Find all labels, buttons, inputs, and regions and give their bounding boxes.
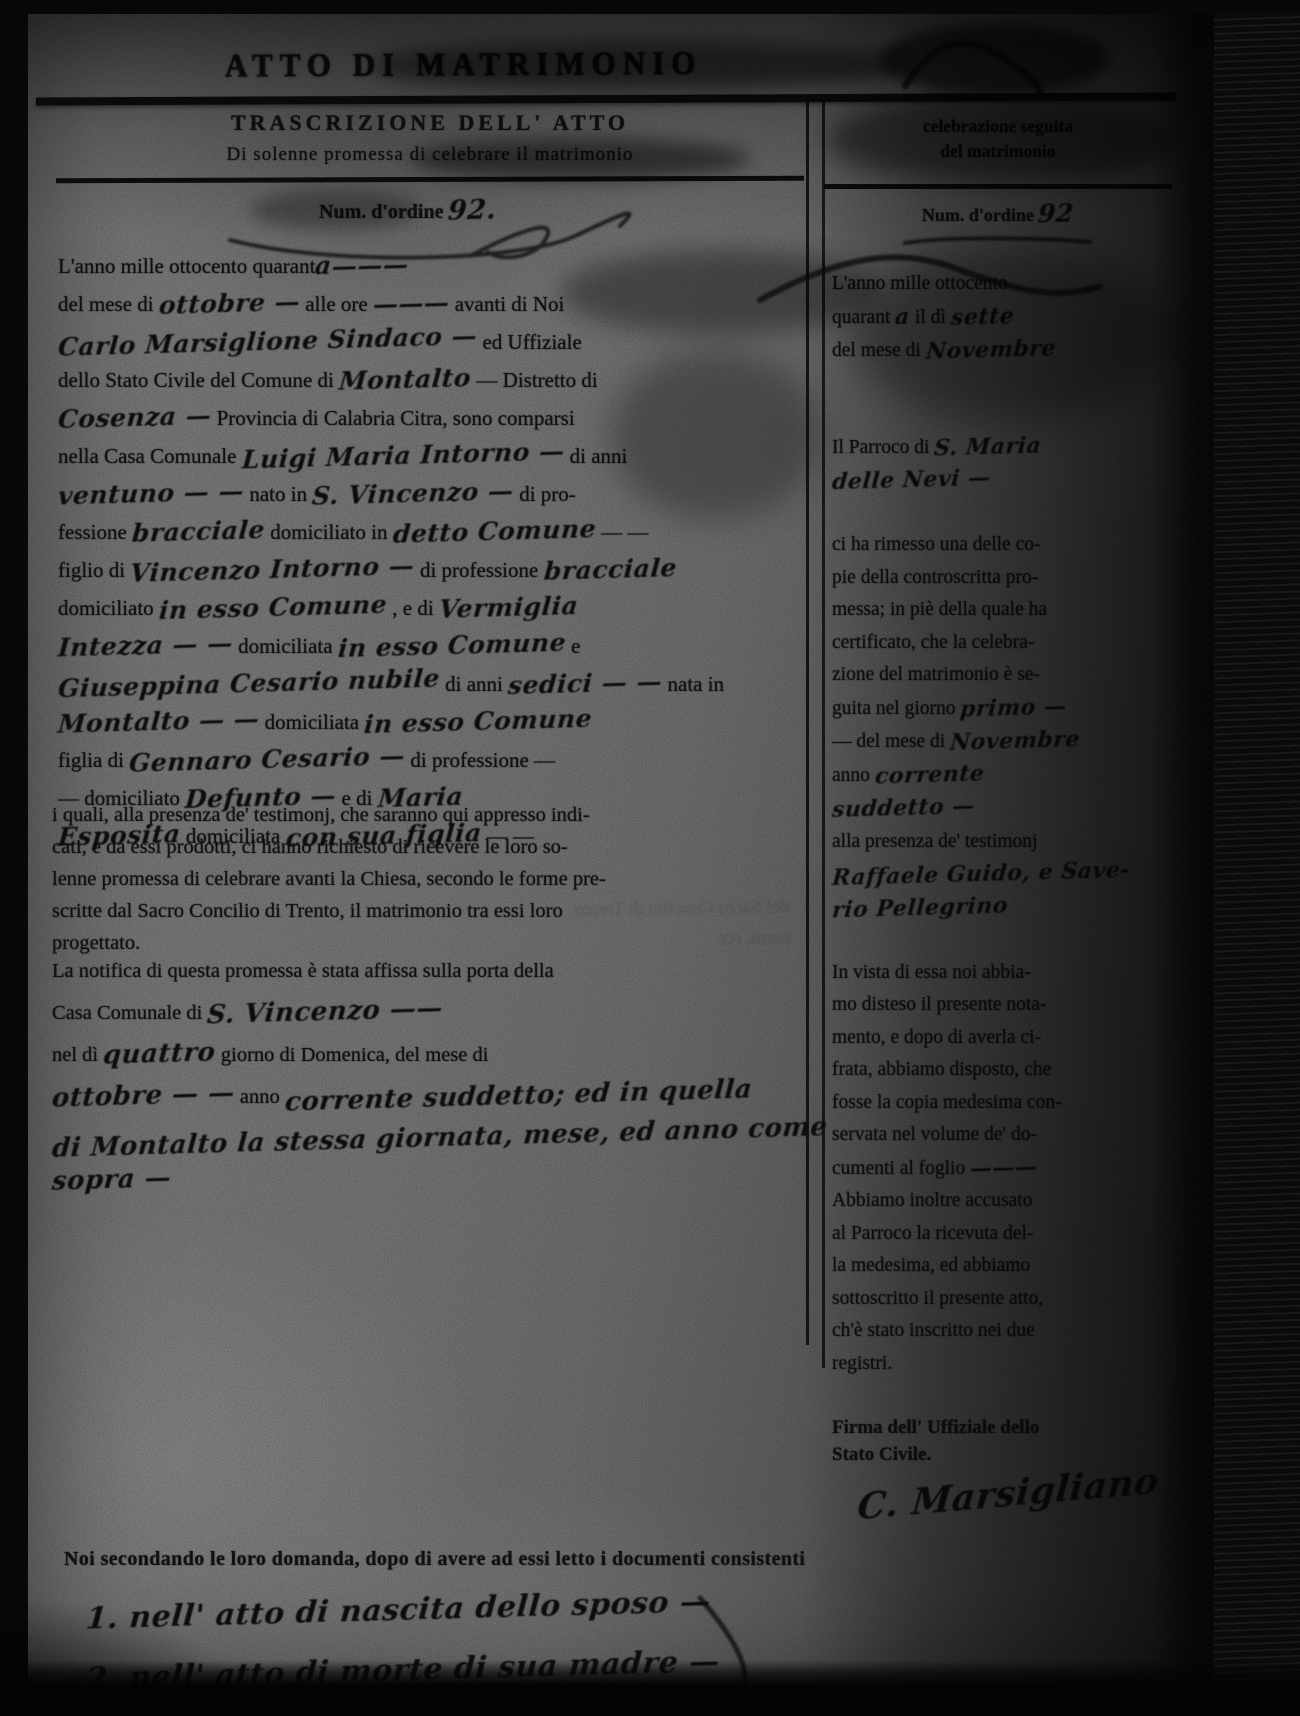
handwritten-text: Intezza — — — [57, 627, 234, 666]
document-line: alla presenza de' testimonj — [832, 826, 1170, 859]
right-order-number: Num. d'ordine 92 — [826, 198, 1170, 227]
document-line: Raffaele Guido, e Save- — [832, 858, 1170, 892]
printed-text: di anni — [564, 444, 627, 468]
handwritten-text: Carlo Marsiglione Sindaco — — [57, 319, 479, 365]
printed-text: In vista di essa noi abbia- — [832, 962, 1031, 983]
handwritten-text: sette — [950, 301, 1016, 334]
document-line: frata, abbiamo disposto, che — [832, 1054, 1170, 1087]
document-line: del mese di Novembre — [832, 334, 1170, 368]
printed-text: cati, e da essi prodotti, ci hanno richi… — [52, 836, 568, 858]
handwritten-text: Cosenza — — [57, 399, 213, 437]
ink-bleedthrough-text: del Sacro Concilio di Trento.nomi, ecc. — [329, 892, 790, 962]
document-line: L'anno mille ottocento — [832, 268, 1170, 301]
handwritten-text: Luigi Maria Intorno — — [240, 434, 565, 477]
firma-line1: Firma dell' Uffiziale dello — [832, 1414, 1170, 1441]
handwritten-text: ventuno — — — [57, 474, 246, 513]
document-line: cati, e da essi prodotti, ci hanno richi… — [52, 832, 808, 864]
printed-text: figlio di — [58, 558, 130, 582]
printed-text: la medesima, ed abbiamo — [832, 1255, 1030, 1276]
printed-text: domiciliata — [233, 634, 338, 658]
printed-text: mo disteso il presente nota- — [832, 994, 1046, 1015]
printed-text: cumenti al foglio — [832, 1158, 970, 1179]
printed-text: del mese di — [58, 292, 159, 316]
document-line: suddetto — — [832, 792, 1170, 826]
document-line: Giuseppina Cesario nubile di anni sedici… — [58, 666, 808, 704]
left-order-number: Num. d'ordine 92. — [58, 194, 758, 225]
printed-text: Il Parroco di — [832, 437, 934, 458]
printed-text: il dì — [910, 307, 951, 328]
right-column-title: celebrazione seguita del matrimonio — [826, 114, 1170, 164]
handwritten-text: Montalto — [338, 361, 473, 399]
document-line: anno corrente — [832, 759, 1170, 793]
scan-edge-left — [0, 0, 28, 1716]
printed-text: anno — [832, 765, 875, 786]
printed-text: al Parroco la ricevuta del- — [832, 1223, 1033, 1244]
document-line: ventuno — — nato in S. Vincenzo — di pro… — [58, 476, 808, 514]
document-line: messa; in piè della quale ha — [832, 594, 1170, 627]
document-line: del mese di ottobre — alle ore ——— avant… — [58, 286, 808, 324]
order-number-value: 92 — [1037, 198, 1075, 228]
official-signature: C. Marsigliano — [836, 1472, 1180, 1514]
document-line: registri. — [832, 1348, 1170, 1381]
handwritten-text: delle Nevi — — [831, 463, 992, 499]
promise-act-body: L'anno mille ottocento quaranta ———del m… — [58, 248, 808, 856]
right-title-line2: del matrimonio — [826, 139, 1170, 164]
document-line: quarant a il dì sette — [832, 301, 1170, 335]
handwritten-text: primo — — [959, 691, 1068, 726]
printed-text: e — [566, 634, 581, 658]
printed-text: frata, abbiamo disposto, che — [832, 1059, 1051, 1080]
document-line: nel dì quattro giorno di Domenica, del m… — [52, 1034, 808, 1076]
document-line — [832, 498, 1170, 530]
document-line: ch'è stato inscritto nei due — [832, 1315, 1170, 1348]
documents-read-line: Noi secondando le loro domanda, dopo di … — [64, 1548, 1179, 1571]
document-line: mento, e dopo di averla ci- — [832, 1022, 1170, 1055]
printed-text: giorno di Domenica, del mese di — [216, 1044, 489, 1066]
document-line: Il Parroco di S. Maria — [832, 431, 1170, 465]
document-line: sottoscritto il presente atto, — [832, 1283, 1170, 1316]
handwritten-text: quattro — [102, 1033, 217, 1074]
document-line: rio Pellegrino — [832, 892, 1170, 926]
printed-text: guita nel giorno — [832, 698, 960, 719]
left-column-subtitle: Di solenne promessa di celebrare il matr… — [58, 144, 802, 166]
printed-text: nata in — [662, 672, 724, 696]
printed-text: del Sacro Concilio di Trento. — [569, 896, 789, 921]
official-signature-caption: Firma dell' Uffiziale dello Stato Civile… — [832, 1414, 1170, 1468]
printed-text: alla presenza de' testimonj — [832, 831, 1037, 852]
document-line: Abbiamo inoltre accusato — [832, 1185, 1170, 1218]
scan-edge-bottom — [0, 1660, 1300, 1716]
handwritten-text: ——— — [372, 286, 451, 322]
handwritten-text: in esso Comune — [337, 626, 568, 666]
handwritten-text: Giuseppina Cesario nubile — [57, 662, 441, 707]
document-line: mo disteso il presente nota- — [832, 989, 1170, 1022]
printed-text: domiciliato — [58, 596, 159, 620]
handwritten-text: Gennaro Cesario — — [128, 739, 406, 781]
handwritten-text: suddetto — — [831, 791, 976, 827]
document-line: figlio di Vincenzo Intorno — di professi… — [58, 552, 808, 590]
handwritten-text: ottobre — — [158, 285, 302, 323]
document-line: cumenti al foglio ——— — [832, 1152, 1170, 1186]
column-divider-line-2 — [822, 100, 825, 1368]
printed-text: dello Stato Civile del Comune di — [58, 368, 339, 392]
printed-text: del mese di — [832, 340, 926, 361]
handwritten-text: Novembre — [924, 333, 1056, 368]
printed-text: figlia di — [58, 748, 129, 772]
document-line: Carlo Marsiglione Sindaco — ed Uffiziale — [58, 324, 808, 362]
printed-text: L'anno mille ottocento quarant — [58, 254, 315, 278]
printed-text: sottoscritto il presente atto, — [832, 1288, 1043, 1309]
document-line: — del mese di Novembre — [832, 725, 1170, 759]
document-line: delle Nevi — — [832, 464, 1170, 498]
notification-paragraph: La notifica di questa promessa è stata a… — [52, 952, 808, 1202]
document-line: Intezza — — domiciliata in esso Comune e — [58, 628, 808, 666]
printed-text: zione del matrimonio è se- — [832, 664, 1040, 685]
document-line: L'anno mille ottocento quaranta ——— — [58, 248, 808, 286]
order-number-label: Num. d'ordine — [319, 201, 443, 223]
printed-text: avanti di Noi — [449, 292, 564, 316]
document-line: pie della controscritta pro- — [832, 562, 1170, 595]
handwritten-text: sedici — — — [507, 665, 664, 703]
document-line: al Parroco la ricevuta del- — [832, 1218, 1170, 1251]
left-column-title: TRASCRIZIONE DELL' ATTO — [58, 110, 802, 136]
handwritten-text: S. Vincenzo — — [311, 474, 515, 514]
right-title-line1: celebrazione seguita — [826, 114, 1170, 139]
printed-text: alle ore — [300, 292, 373, 316]
horizontal-rule-right-header — [824, 184, 1172, 189]
document-line: la medesima, ed abbiamo — [832, 1250, 1170, 1283]
document-line: figlia di Gennaro Cesario — di professio… — [58, 742, 808, 780]
printed-text: L'anno mille ottocento — [832, 273, 1008, 294]
order-number-label: Num. d'ordine — [922, 205, 1034, 225]
printed-text: — Distretto di — [471, 368, 598, 392]
printed-text: nel dì — [52, 1044, 103, 1066]
document-line — [832, 368, 1170, 400]
printed-text: anno — [235, 1086, 285, 1108]
printed-text: pie della controscritta pro- — [832, 567, 1038, 588]
printed-text: di pro- — [514, 482, 576, 506]
handwritten-text: Vermiglia — [438, 589, 580, 627]
printed-text: , e di — [387, 596, 439, 620]
printed-text: La notifica di questa promessa è stata a… — [52, 960, 554, 982]
handwritten-text: in esso Comune — [158, 588, 389, 628]
printed-text: domiciliato in — [265, 520, 393, 544]
printed-text: — del mese di — [832, 731, 950, 752]
printed-text: ci ha rimesso una delle co- — [832, 534, 1040, 555]
document-line: lenne promessa di celebrare avanti la Ch… — [52, 864, 808, 896]
document-line: domiciliato in esso Comune , e di Vermig… — [58, 590, 808, 628]
handwritten-text: corrente — [874, 758, 986, 793]
document-line: fosse la copia medesima con- — [832, 1087, 1170, 1120]
document-line — [832, 925, 1170, 957]
printed-text: Casa Comunale di — [52, 1002, 207, 1024]
printed-text: progettato. — [52, 932, 140, 954]
page-title: ATTO DI MATRIMONIO — [225, 43, 905, 85]
handwritten-text: sopra — — [51, 1159, 173, 1200]
document-line: zione del matrimonio è se- — [832, 659, 1170, 692]
printed-text: Abbiamo inoltre accusato — [832, 1190, 1032, 1211]
document-line: guita nel giorno primo — — [832, 692, 1170, 726]
printed-text: di anni — [440, 672, 508, 696]
printed-text: fessione — [58, 520, 132, 544]
scanned-civil-record-page: ATTO DI MATRIMONIO TRASCRIZIONE DELL' AT… — [0, 0, 1300, 1716]
document-line: Montalto — — domiciliata in esso Comune — [58, 704, 808, 742]
printed-text: messa; in piè della quale ha — [832, 599, 1047, 620]
printed-text: registri. — [832, 1353, 892, 1374]
document-line — [832, 399, 1170, 431]
document-line: servata nel volume de' do- — [832, 1119, 1170, 1152]
scan-edge-top — [0, 0, 1300, 14]
printed-text: mento, e dopo di averla ci- — [832, 1027, 1041, 1048]
document-line: In vista di essa noi abbia- — [832, 957, 1170, 990]
handwritten-text: S. Vincenzo —— — [206, 990, 445, 1035]
document-line: fessione bracciale domiciliato in detto … — [58, 514, 808, 552]
printed-text: di professione — [415, 558, 544, 582]
celebration-note-body: L'anno mille ottocentoquarant a il dì se… — [832, 268, 1170, 1380]
printed-text: fosse la copia medesima con- — [832, 1092, 1062, 1113]
document-line: certificato, che la celebra- — [832, 627, 1170, 660]
document-line: Cosenza — Provincia di Calabria Citra, s… — [58, 400, 808, 438]
printed-text: ed Uffiziale — [477, 330, 582, 354]
printed-text: lenne promessa di celebrare avanti la Ch… — [52, 868, 606, 890]
printed-text: quarant — [832, 307, 895, 328]
handwritten-text: in esso Comune — [363, 702, 594, 742]
order-number-value: 92. — [447, 194, 498, 226]
printed-text: nomi, ecc. — [711, 927, 790, 949]
handwritten-text: bracciale — [131, 513, 266, 551]
book-page-edges — [1214, 0, 1300, 1716]
document-line: ci ha rimesso una delle co- — [832, 529, 1170, 562]
handwritten-text: ottobre — — — [51, 1074, 237, 1117]
document-line: sopra — — [52, 1160, 808, 1202]
handwritten-text: ——— — [969, 1152, 1039, 1185]
document-line: i quali, alla presenza de' testimonj, ch… — [52, 800, 808, 832]
printed-text: servata nel volume de' do- — [832, 1124, 1037, 1145]
handwritten-text: ——— — [331, 248, 410, 284]
handwritten-text: Montalto — — — [57, 702, 261, 742]
handwritten-text: S. Maria — [933, 430, 1043, 465]
printed-text: Provincia di Calabria Citra, sono compar… — [211, 406, 574, 430]
printed-text: nella Casa Comunale — [58, 444, 242, 468]
handwritten-text: Novembre — [949, 724, 1081, 759]
document-line: di Montalto la stessa giornata, mese, ed… — [52, 1118, 808, 1160]
printed-text: ch'è stato inscritto nei due — [832, 1320, 1035, 1341]
document-line: nella Casa Comunale Luigi Maria Intorno … — [58, 438, 808, 476]
handwritten-text: rio Pellegrino — [831, 890, 1009, 926]
handwritten-text: Vincenzo Intorno — — [129, 549, 416, 591]
printed-text: nato in — [244, 482, 312, 506]
printed-text: i quali, alla presenza de' testimonj, ch… — [52, 804, 590, 826]
document-line: Casa Comunale di S. Vincenzo —— — [52, 992, 808, 1034]
printed-text: — — — [596, 520, 649, 544]
handwritten-text: detto Comune — [391, 512, 597, 552]
handwritten-text: bracciale — [542, 551, 677, 589]
printed-text: domiciliata — [259, 710, 364, 734]
handwritten-text: a — [894, 301, 911, 333]
document-line: dello Stato Civile del Comune di Montalt… — [58, 362, 808, 400]
printed-text: di professione — — [405, 748, 555, 772]
handwritten-text: Raffaele Guido, e Save- — [831, 855, 1131, 895]
printed-text: certificato, che la celebra- — [832, 632, 1034, 653]
